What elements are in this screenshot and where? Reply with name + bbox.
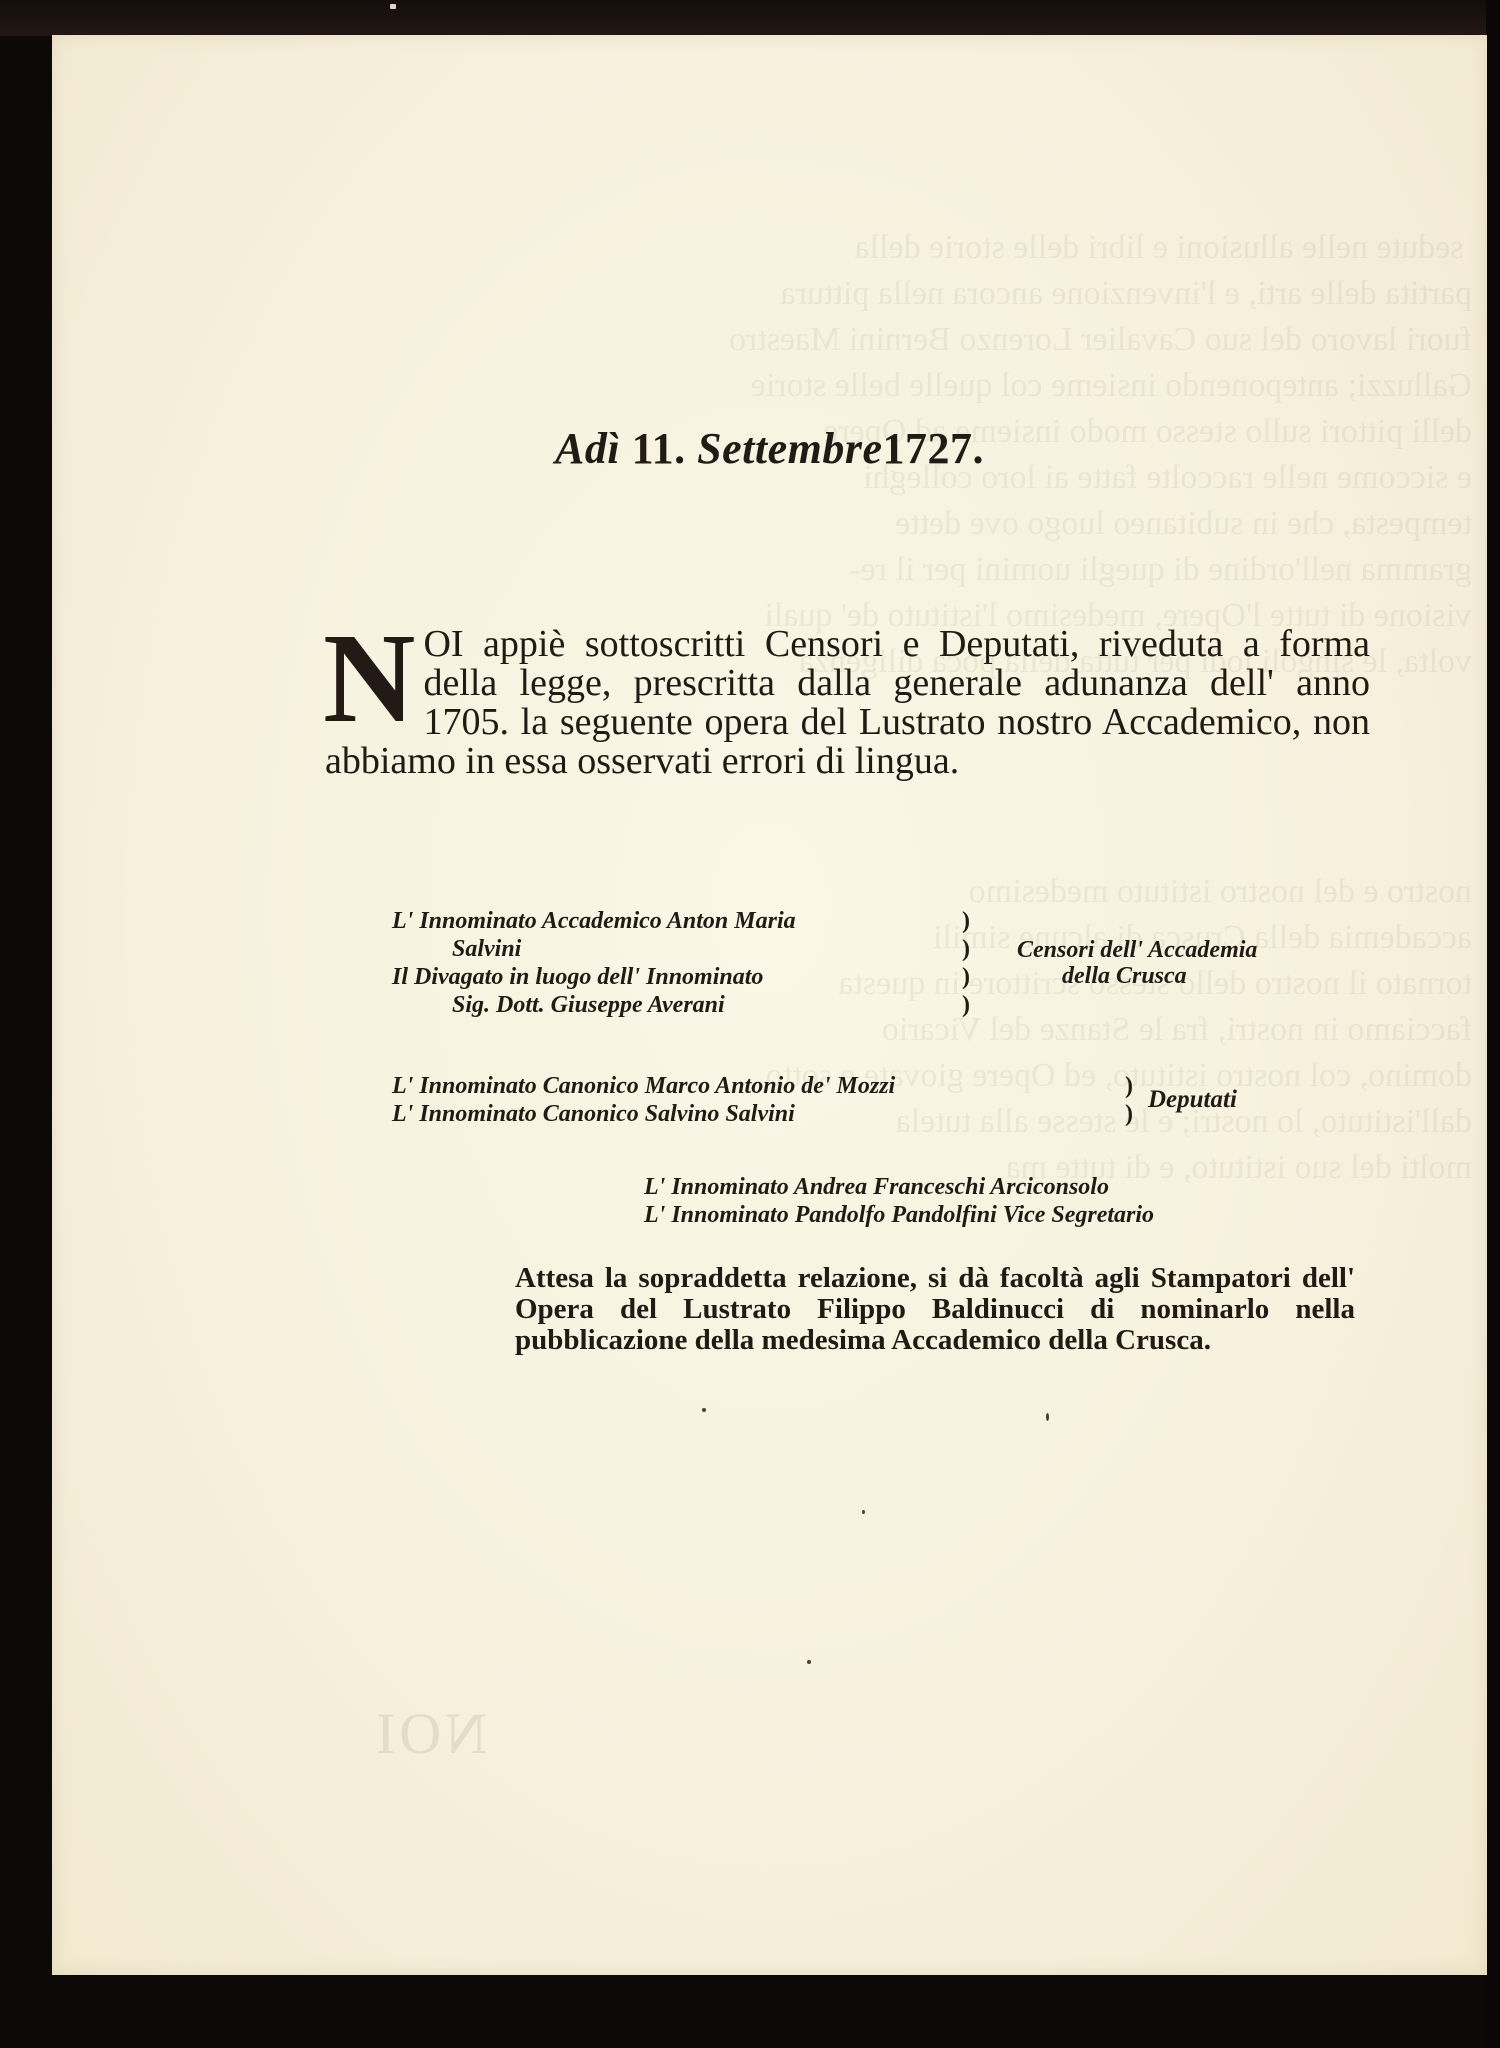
date-month: Settembre — [697, 424, 882, 473]
scan-right-border — [1486, 0, 1500, 2048]
officer-arciconsolo: L' Innominato Andrea Franceschi Arcicons… — [644, 1173, 1109, 1201]
permission-paragraph: Attesa la sopraddetta relazione, si dà f… — [515, 1263, 1355, 1356]
brace-icon: ) — [962, 963, 970, 991]
declaration-paragraph: N OI appiè sottoscritti Censori e Deputa… — [325, 625, 1370, 781]
censor-2-line1: Il Divagato in luogo dell' Innominato — [392, 963, 763, 991]
bleed-through-catchword: NOI — [372, 1700, 487, 1767]
censors-role-line2: della Crusca — [1017, 963, 1257, 989]
date-prefix: Adì — [555, 424, 620, 473]
brace-icon: ) — [1125, 1072, 1133, 1100]
censor-1-line1: L' Innominato Accademico Anton Maria — [392, 907, 796, 935]
censors-role-label: Censori dell' Accademia della Crusca — [1017, 937, 1257, 989]
brace-icon: ) — [962, 907, 970, 935]
date-day: 11. — [632, 424, 686, 473]
scan-dust-mark — [390, 4, 396, 9]
book-page: sedute nelle allusioni e libri delle sto… — [52, 35, 1487, 1975]
drop-cap-initial: N — [323, 629, 415, 727]
paper-speck — [807, 1660, 811, 1664]
officer-vice-segretario: L' Innominato Pandolfo Pandolfini Vice S… — [644, 1201, 1154, 1229]
brace-icon: ) — [962, 935, 970, 963]
censor-2-line2: Sig. Dott. Giuseppe Averani — [452, 991, 725, 1019]
deputy-2: L' Innominato Canonico Salvino Salvini — [392, 1100, 795, 1128]
declaration-text: OI appiè sottoscritti Censori e Deputati… — [325, 623, 1370, 782]
brace-icon: ) — [1125, 1100, 1133, 1128]
deputy-1: L' Innominato Canonico Marco Antonio de'… — [392, 1072, 895, 1100]
date-year: 1727. — [883, 424, 985, 473]
deputies-signatures: L' Innominato Canonico Marco Antonio de'… — [392, 1072, 1392, 1128]
deputies-role-label: Deputati — [1148, 1086, 1237, 1114]
brace-icon: ) — [962, 991, 970, 1019]
officers-signatures: L' Innominato Andrea Franceschi Arcicons… — [644, 1173, 1344, 1229]
censors-role-line1: Censori dell' Accademia — [1017, 937, 1257, 963]
censors-signatures: L' Innominato Accademico Anton Maria ) S… — [392, 907, 1392, 1019]
paper-speck — [702, 1408, 706, 1412]
paper-speck — [862, 1510, 865, 1514]
censor-1-line2: Salvini — [452, 935, 521, 963]
scan-top-border — [0, 0, 1500, 36]
date-heading: Adì 11. Settembre1727. — [52, 423, 1487, 474]
paper-speck — [1046, 1413, 1049, 1421]
